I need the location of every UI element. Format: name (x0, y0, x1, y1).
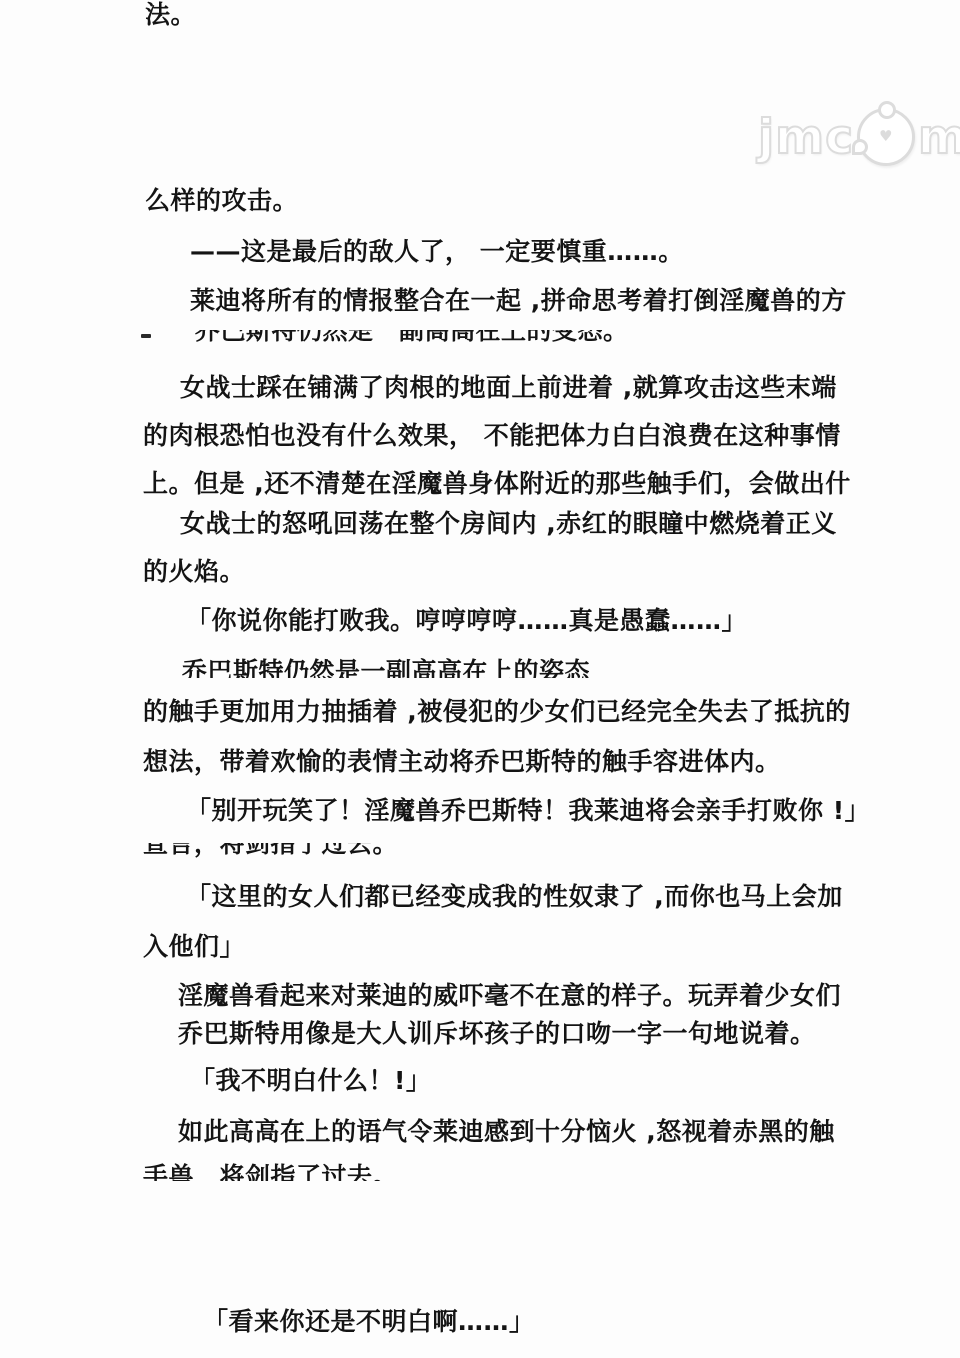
text-line: 「别开玩笑了！淫魔兽乔巴斯特！我莱迪将会亲手打败你 !」 (186, 796, 870, 826)
text-line: 乔巴斯特仍然是一副高高在上的姿态 (182, 657, 590, 678)
text-line: 女战士的怒吼回荡在整个房间内 ,赤红的眼瞳中燃烧着正义 (180, 509, 837, 539)
text-line: 乔巴斯特仍然是一副高高在上的变态。 (195, 330, 629, 346)
text-line: 的火焰。 (143, 557, 245, 587)
jmcomic-watermark: jmc ♥ mic (758, 108, 960, 166)
text-line-clipped: 宣言，将剑指了过去。 (143, 843, 398, 859)
text-line: 入他们」 (143, 932, 245, 962)
text-line: 「你说你能打败我。哼哼哼哼……真是愚蠢……」 (186, 606, 747, 636)
watermark-text-left: jmc (758, 114, 854, 161)
text-line: 「我不明白什么！!」 (190, 1066, 431, 1096)
text-line-clipped: 乔巴斯特仍然是一副高高在上的姿态 (182, 657, 590, 678)
text-line: 「看来你还是不明白啊……」 (203, 1307, 535, 1337)
text-line: 乔巴斯特用像是大人训斥坏孩子的口吻一字一句地说着。 (178, 1019, 816, 1049)
novel-text-page: jmc ♥ mic 法。 么样的攻击。 ——这是最后的敌人了， 一定要慎重……。… (0, 0, 960, 1358)
text-line: 女战士踩在铺满了肉根的地面上前进着 ,就算攻击这些末端 (180, 373, 837, 403)
text-line: 想法，带着欢愉的表情主动将乔巴斯特的触手容进体内。 (143, 747, 781, 777)
text-line: 如此高高在上的语气令莱迪感到十分恼火 ,怒视着赤黑的触 (178, 1117, 835, 1147)
artifact-mark (141, 334, 151, 338)
text-line: 宣言，将剑指了过去。 (143, 843, 398, 859)
text-line: 淫魔兽看起来对莱迪的威吓毫不在意的样子。玩弄着少女们 (178, 981, 841, 1011)
text-line: 的肉根恐怕也没有什么效果， 不能把体力白白浪费在这种事情 (143, 421, 841, 451)
text-line: 莱迪将所有的情报整合在一起 ,拼命思考着打倒淫魔兽的方 (190, 286, 847, 316)
text-line: ——这是最后的敌人了， 一定要慎重……。 (190, 237, 684, 267)
text-line-clipped: 乔巴斯特仍然是一副高高在上的变态。 (195, 330, 629, 347)
text-line: 上。但是 ,还不清楚在淫魔兽身体附近的那些触手们，会做出什 (143, 469, 851, 499)
heart-icon: ♥ (879, 127, 892, 145)
watermark-text-right: mic (918, 114, 960, 161)
text-line: 的触手更加用力抽插着 ,被侵犯的少女们已经完全失去了抵抗的 (143, 697, 851, 727)
text-line: 手兽，将剑指了过去。 (143, 1162, 398, 1181)
text-line: 「这里的女人们都已经变成我的性奴隶了 ,而你也马上会加 (186, 882, 843, 912)
text-line: 法。 (145, 0, 196, 30)
text-line-clipped: 手兽，将剑指了过去。 (143, 1162, 398, 1181)
mascot-bird-icon: ♥ (857, 108, 915, 166)
text-line: 么样的攻击。 (145, 186, 298, 216)
